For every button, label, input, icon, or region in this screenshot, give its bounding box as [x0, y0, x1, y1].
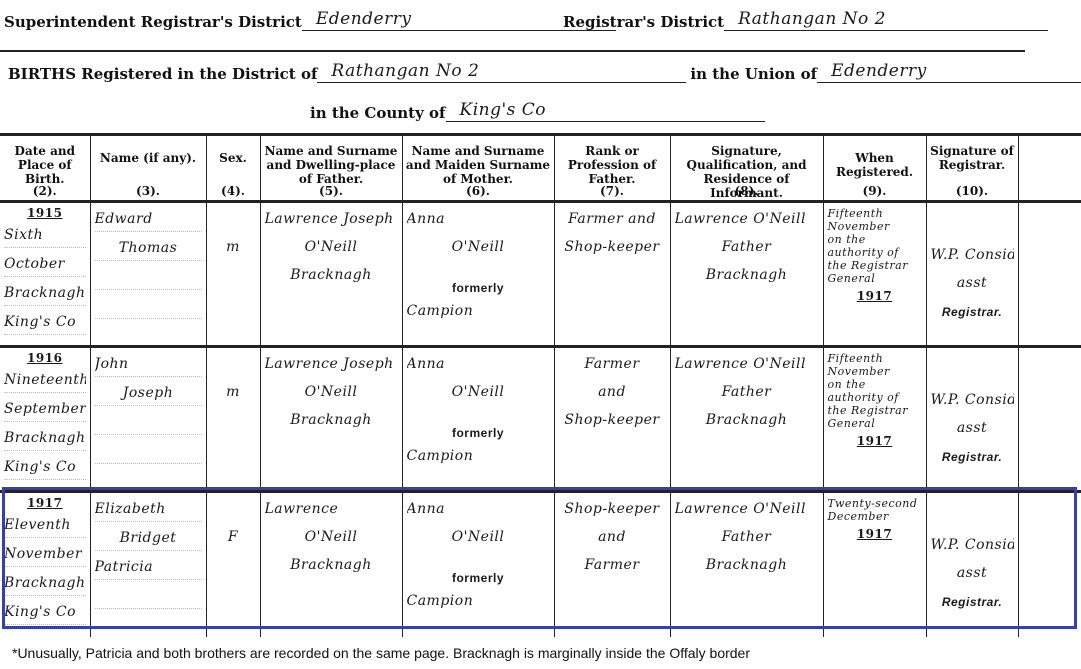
superintendent-district-line: Superintendent Registrar's District Eden…	[4, 8, 616, 31]
entry-field-profession-0: Shop-keeper	[559, 497, 666, 521]
entry-field-informant-1: Father	[675, 525, 819, 549]
entry-field-registrar_label: Registrar.	[931, 305, 1014, 319]
entry-field-name-0: Elizabeth	[95, 497, 202, 522]
entry-field-date-0: Eleventh	[4, 513, 86, 538]
entry-field-registered_year: 1917	[857, 434, 892, 448]
entry-field-informant-2: Bracknagh	[675, 553, 819, 577]
register-entry-row: 1917 EleventhNovember BracknaghKing's Co…	[0, 492, 1081, 637]
entry-field-informant-1: Father	[675, 380, 819, 404]
births-district-line: BIRTHS Registered in the District of Rat…	[8, 60, 1081, 83]
entry-field-registered-4: the Registrar	[828, 404, 922, 417]
entry-field-name-2: Patricia	[95, 555, 202, 580]
superintendent-district-label: Superintendent Registrar's District	[4, 13, 302, 31]
registrar-district-label: Registrar's District	[563, 13, 724, 31]
entry-field-mother-0: Anna	[407, 497, 550, 521]
entry-field-mother_maiden: Campion	[407, 444, 550, 468]
entry-field-registered-0: Twenty-second	[828, 497, 922, 510]
cell-registrar-signature: W.P. Considineasst Registrar.	[926, 202, 1018, 347]
births-district-label: BIRTHS Registered in the District of	[8, 65, 317, 83]
column-header-name: Name (if any).(3).	[90, 135, 206, 202]
births-district-value: Rathangan No 2	[317, 60, 686, 83]
entry-field-place-1: King's Co	[4, 310, 86, 335]
entry-field-name-1: Thomas	[95, 236, 202, 261]
cell-registrar-signature: W.P. Considineasst Registrar.	[926, 347, 1018, 492]
entry-field-place-1: King's Co	[4, 600, 86, 625]
column-header-when-registered: When Registered.(9).	[823, 135, 926, 202]
entry-field-date-0: Nineteenth	[4, 368, 86, 393]
entry-field-registered-2: on the	[828, 233, 922, 246]
column-header-mother: Name and Surname and Maiden Surname of M…	[402, 135, 554, 202]
cell-father-profession: Shop-keeperandFarmer	[554, 492, 670, 637]
cell-child-name: EdwardThomas	[90, 202, 206, 347]
entry-field-mother-1: O'Neill	[407, 525, 550, 549]
entry-field-mother-1: O'Neill	[407, 380, 550, 404]
entry-field-registrar_qual: asst	[931, 416, 1014, 440]
entry-field-father-0: Lawrence Joseph	[265, 352, 398, 376]
cell-mother: AnnaO'Neill formerly Campion	[402, 347, 554, 492]
entry-field-sex: m	[211, 380, 256, 404]
entry-field-registered-3: authority of	[828, 246, 922, 259]
entry-field-profession-1: and	[559, 380, 666, 404]
entry-field-registered_year: 1917	[857, 289, 892, 303]
entry-field-registered-5: General	[828, 272, 922, 285]
entry-field-registered-1: December	[828, 510, 922, 523]
union-label: in the Union of	[690, 65, 817, 83]
entry-field-registrar_label: Registrar.	[931, 450, 1014, 464]
entry-field-father-2: Bracknagh	[265, 408, 398, 432]
entry-field-profession-1: and	[559, 525, 666, 549]
cell-when-registered: Twenty-secondDecember 1917	[823, 492, 926, 637]
cell-when-registered: FifteenthNovemberon the authority ofthe …	[823, 347, 926, 492]
cell-date-place: 1915 SixthOctober BracknaghKing's Co	[0, 202, 90, 347]
entry-field-mother_maiden: Campion	[407, 299, 550, 323]
cell-informant: Lawrence O'NeillFatherBracknagh	[670, 347, 823, 492]
entry-field-registered-2: on the	[828, 378, 922, 391]
registrar-district-value: Rathangan No 2	[724, 8, 1048, 31]
entry-field-registrar_sig: W.P. Considine	[931, 243, 1014, 267]
entry-field-name-2	[95, 265, 202, 290]
cell-child-name: ElizabethBridgetPatricia	[90, 492, 206, 637]
entry-field-place-0: Bracknagh	[4, 426, 86, 451]
entry-field-registered-1: November	[828, 365, 922, 378]
cell-informant: Lawrence O'NeillFatherBracknagh	[670, 202, 823, 347]
entry-field-informant-0: Lawrence O'Neill	[675, 207, 819, 231]
cell-father: Lawrence JosephO'NeillBracknagh	[260, 347, 402, 492]
entry-field-date-0: Sixth	[4, 223, 86, 248]
register-entry-row: 1915 SixthOctober BracknaghKing's Co Edw…	[0, 202, 1081, 347]
entry-field-father-2: Bracknagh	[265, 553, 398, 577]
entry-field-profession-0: Farmer	[559, 352, 666, 376]
column-header-informant: Signature, Qualification, and Residence …	[670, 135, 823, 202]
entry-field-year: 1916	[27, 352, 62, 364]
entry-field-father-1: O'Neill	[265, 380, 398, 404]
entry-field-informant-2: Bracknagh	[675, 263, 819, 287]
cell-informant: Lawrence O'NeillFatherBracknagh	[670, 492, 823, 637]
register-entry-row: 1916 NineteenthSeptember BracknaghKing's…	[0, 347, 1081, 492]
cell-date-place: 1916 NineteenthSeptember BracknaghKing's…	[0, 347, 90, 492]
column-header-sex: Sex.(4).	[206, 135, 260, 202]
entry-field-father-1: O'Neill	[265, 235, 398, 259]
cell-blank	[1018, 347, 1081, 492]
registrar-district-line: Registrar's District Rathangan No 2	[563, 8, 1048, 31]
cell-blank	[1018, 492, 1081, 637]
county-label: in the County of	[310, 104, 446, 122]
entry-field-profession-2	[559, 263, 666, 287]
entry-field-informant-0: Lawrence O'Neill	[675, 497, 819, 521]
entry-field-place-0: Bracknagh	[4, 281, 86, 306]
entry-field-sex: F	[211, 525, 256, 549]
cell-blank	[1018, 202, 1081, 347]
entry-field-date-1: October	[4, 252, 86, 277]
entry-field-informant-0: Lawrence O'Neill	[675, 352, 819, 376]
entry-field-registered-0: Fifteenth	[828, 207, 922, 220]
entry-field-year: 1915	[27, 207, 62, 219]
entry-field-profession-2: Farmer	[559, 553, 666, 577]
entry-field-place-0: Bracknagh	[4, 571, 86, 596]
county-line: in the County of King's Co	[310, 99, 765, 122]
entry-field-registrar_label: Registrar.	[931, 595, 1014, 609]
entry-field-father-2: Bracknagh	[265, 263, 398, 287]
cell-when-registered: FifteenthNovemberon the authority ofthe …	[823, 202, 926, 347]
entry-field-registered_year: 1917	[857, 527, 892, 541]
cell-date-place: 1917 EleventhNovember BracknaghKing's Co	[0, 492, 90, 637]
entry-field-mother-0: Anna	[407, 352, 550, 376]
cell-father: LawrenceO'NeillBracknagh	[260, 492, 402, 637]
cell-sex: m	[206, 202, 260, 347]
entry-field-date-1: November	[4, 542, 86, 567]
entry-field-informant-2: Bracknagh	[675, 408, 819, 432]
entry-field-name-1: Joseph	[95, 381, 202, 406]
union-value: Edenderry	[817, 60, 1081, 83]
entry-field-mother-1: O'Neill	[407, 235, 550, 259]
entry-field-name-2	[95, 410, 202, 435]
column-header-blank	[1018, 135, 1081, 202]
cell-sex: m	[206, 347, 260, 492]
entry-field-registered-3: authority of	[828, 391, 922, 404]
births-register-table: Date and Place of Birth.(2). Name (if an…	[0, 133, 1081, 637]
entry-field-name-1: Bridget	[95, 526, 202, 551]
entry-field-mother_maiden: Campion	[407, 589, 550, 613]
entry-field-registrar_sig: W.P. Considine	[931, 388, 1014, 412]
header-rule	[0, 50, 1025, 52]
column-header-father: Name and Surname and Dwelling-place of F…	[260, 135, 402, 202]
caption: *Unusually, Patricia and both brothers a…	[12, 645, 750, 661]
entry-field-registered-4: the Registrar	[828, 259, 922, 272]
county-value: King's Co	[446, 99, 765, 122]
entry-field-profession-2: Shop-keeper	[559, 408, 666, 432]
entry-field-sex: m	[211, 235, 256, 259]
entry-field-profession-1: Shop-keeper	[559, 235, 666, 259]
entry-field-registrar_sig: W.P. Considine	[931, 533, 1014, 557]
cell-registrar-signature: W.P. Considineasst Registrar.	[926, 492, 1018, 637]
entry-field-registrar_qual: asst	[931, 561, 1014, 585]
entry-field-place-1: King's Co	[4, 455, 86, 480]
entry-field-father-0: Lawrence	[265, 497, 398, 521]
entry-field-name-0: John	[95, 352, 202, 377]
cell-mother: AnnaO'Neill formerly Campion	[402, 202, 554, 347]
entry-field-formerly_label: formerly	[407, 426, 550, 440]
cell-mother: AnnaO'Neill formerly Campion	[402, 492, 554, 637]
cell-father-profession: FarmerandShop-keeper	[554, 347, 670, 492]
entry-field-informant-1: Father	[675, 235, 819, 259]
cell-father-profession: Farmer andShop-keeper	[554, 202, 670, 347]
cell-sex: F	[206, 492, 260, 637]
entry-field-formerly_label: formerly	[407, 571, 550, 585]
column-header-row: Date and Place of Birth.(2). Name (if an…	[0, 135, 1081, 202]
entry-field-profession-0: Farmer and	[559, 207, 666, 231]
cell-father: Lawrence JosephO'NeillBracknagh	[260, 202, 402, 347]
entry-field-date-1: September	[4, 397, 86, 422]
column-header-date-place: Date and Place of Birth.(2).	[0, 135, 90, 202]
entry-field-year: 1917	[27, 497, 62, 509]
cell-child-name: JohnJoseph	[90, 347, 206, 492]
entry-field-mother-0: Anna	[407, 207, 550, 231]
entry-field-formerly_label: formerly	[407, 281, 550, 295]
entry-field-father-1: O'Neill	[265, 525, 398, 549]
entry-field-registered-5: General	[828, 417, 922, 430]
column-header-registrar-signature: Signature of Registrar.(10).	[926, 135, 1018, 202]
entry-field-registrar_qual: asst	[931, 271, 1014, 295]
entry-field-registered-1: November	[828, 220, 922, 233]
column-header-profession: Rank or Profession of Father.(7).	[554, 135, 670, 202]
entry-field-father-0: Lawrence Joseph	[265, 207, 398, 231]
entry-field-registered-0: Fifteenth	[828, 352, 922, 365]
entry-field-name-0: Edward	[95, 207, 202, 232]
